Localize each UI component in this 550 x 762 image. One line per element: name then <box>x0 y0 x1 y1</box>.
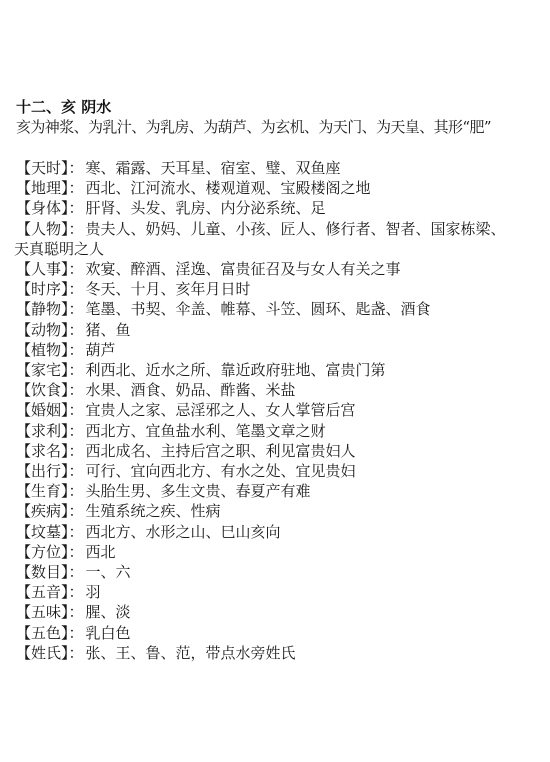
entry-value: 宜贵人之家、忌淫邪之人、女人掌管后宫 <box>86 401 356 419</box>
entry-value: 寒、霜露、天耳星、宿室、璧、双鱼座 <box>86 159 341 177</box>
entry-key: 【身体】 <box>16 199 69 217</box>
entry-key: 【五音】 <box>16 583 69 601</box>
entry-colon: ： <box>69 381 84 399</box>
entry-value: 张、王、鲁、范，带点水旁姓氏 <box>86 644 296 662</box>
entry-key: 【婚姻】 <box>16 401 69 419</box>
entry-colon: ： <box>69 220 84 238</box>
entry-key: 【疾病】 <box>16 502 69 520</box>
entry-key: 【饮食】 <box>16 381 69 399</box>
entry-key: 【静物】 <box>16 300 69 318</box>
section-intro: 亥为神浆、为乳汁、为乳房、为葫芦、为玄机、为天门、为天皇、其形“肥” <box>16 117 546 137</box>
entry-dili: 【地理】：西北、江河流水、楼观道观、宝殿楼阁之地 <box>16 178 546 198</box>
entry-wuwei: 【五味】：腥、淡 <box>16 602 546 622</box>
entry-value: 西北方、水形之山、巳山亥向 <box>86 523 281 541</box>
entry-shenti: 【身体】：肝肾、头发、乳房、内分泌系统、足 <box>16 198 546 218</box>
entry-colon: ： <box>69 462 84 480</box>
entry-value: 冬天、十月、亥年月日时 <box>86 280 251 298</box>
entry-colon: ： <box>69 624 84 642</box>
entry-colon: ： <box>69 603 84 621</box>
entry-value: 一、六 <box>86 563 131 581</box>
entry-key: 【植物】 <box>16 341 69 359</box>
entry-colon: ： <box>69 199 84 217</box>
entry-chuxing: 【出行】：可行、宜向西北方、有水之处、宜见贵妇 <box>16 461 546 481</box>
entry-fenmu: 【坟墓】：西北方、水形之山、巳山亥向 <box>16 522 546 542</box>
entry-colon: ： <box>69 523 84 541</box>
entry-key: 【姓氏】 <box>16 644 69 662</box>
entry-shumu: 【数目】：一、六 <box>16 562 546 582</box>
entry-colon: ： <box>69 341 84 359</box>
entry-key: 【人事】 <box>16 260 69 278</box>
entry-value: 乳白色 <box>86 624 131 642</box>
entry-colon: ： <box>69 179 84 197</box>
entry-key: 【地理】 <box>16 179 69 197</box>
entry-value: 头胎生男、多生文贵、春夏产有难 <box>86 482 311 500</box>
entry-colon: ： <box>69 644 84 662</box>
entry-key: 【生育】 <box>16 482 69 500</box>
entry-value: 西北 <box>86 543 116 561</box>
entry-value: 肝肾、头发、乳房、内分泌系统、足 <box>86 199 326 217</box>
entry-colon: ： <box>69 280 84 298</box>
entry-key: 【求利】 <box>16 422 69 440</box>
entry-jingwu: 【静物】：笔墨、书契、伞盖、帷幕、斗笠、圆环、匙盏、酒食 <box>16 299 546 319</box>
entry-value: 西北、江河流水、楼观道观、宝殿楼阁之地 <box>86 179 371 197</box>
entry-yinshi: 【饮食】：水果、酒食、奶品、酢酱、米盐 <box>16 380 546 400</box>
entry-key: 【五味】 <box>16 603 69 621</box>
entry-colon: ： <box>69 260 84 278</box>
entry-value: 腥、淡 <box>86 603 131 621</box>
entry-colon: ： <box>69 502 84 520</box>
entry-colon: ： <box>69 543 84 561</box>
entry-key: 【求名】 <box>16 442 69 460</box>
entry-key: 【天时】 <box>16 159 69 177</box>
entry-colon: ： <box>69 482 84 500</box>
entry-jiazhai: 【家宅】：利西北、近水之所、靠近政府驻地、富贵门第 <box>16 360 546 380</box>
entry-value: 葫芦 <box>86 341 116 359</box>
entry-renwu: 【人物】：贵夫人、奶妈、儿童、小孩、匠人、修行者、智者、国家栋梁、 <box>16 219 546 239</box>
entry-value: 西北成名、主持后宫之职、利见富贵妇人 <box>86 442 356 460</box>
entry-shixu: 【时序】：冬天、十月、亥年月日时 <box>16 279 546 299</box>
entry-key: 【动物】 <box>16 321 69 339</box>
entry-key: 【方位】 <box>16 543 69 561</box>
entry-tianshi: 【天时】：寒、霜露、天耳星、宿室、璧、双鱼座 <box>16 158 546 178</box>
entry-value: 西北方、宜鱼盐水利、笔墨文章之财 <box>86 422 326 440</box>
entry-value: 水果、酒食、奶品、酢酱、米盐 <box>86 381 296 399</box>
entry-value: 猪、鱼 <box>86 321 131 339</box>
entry-colon: ： <box>69 361 84 379</box>
entry-renshi: 【人事】：欢宴、醉酒、淫逸、富贵征召及与女人有关之事 <box>16 259 546 279</box>
entry-value: 可行、宜向西北方、有水之处、宜见贵妇 <box>86 462 356 480</box>
entry-dongwu: 【动物】：猪、鱼 <box>16 320 546 340</box>
entry-key: 【坟墓】 <box>16 523 69 541</box>
entry-wuse: 【五色】：乳白色 <box>16 623 546 643</box>
entry-colon: ： <box>69 563 84 581</box>
entry-value: 贵夫人、奶妈、儿童、小孩、匠人、修行者、智者、国家栋梁、 <box>86 220 506 238</box>
entry-value: 笔墨、书契、伞盖、帷幕、斗笠、圆环、匙盏、酒食 <box>86 300 431 318</box>
entry-key: 【出行】 <box>16 462 69 480</box>
entry-colon: ： <box>69 401 84 419</box>
entry-value: 羽 <box>86 583 101 601</box>
entry-shengyu: 【生育】：头胎生男、多生文贵、春夏产有难 <box>16 481 546 501</box>
entry-zhiwu: 【植物】：葫芦 <box>16 340 546 360</box>
entry-colon: ： <box>69 583 84 601</box>
entry-xingshi: 【姓氏】：张、王、鲁、范，带点水旁姓氏 <box>16 643 546 663</box>
entry-hunyin: 【婚姻】：宜贵人之家、忌淫邪之人、女人掌管后宫 <box>16 400 546 420</box>
entry-fangwei: 【方位】：西北 <box>16 542 546 562</box>
entry-wuyin: 【五音】：羽 <box>16 582 546 602</box>
entry-qiuli: 【求利】：西北方、宜鱼盐水利、笔墨文章之财 <box>16 421 546 441</box>
entry-key: 【五色】 <box>16 624 69 642</box>
entry-value: 利西北、近水之所、靠近政府驻地、富贵门第 <box>86 361 386 379</box>
entry-colon: ： <box>69 300 84 318</box>
entry-key: 【数目】 <box>16 563 69 581</box>
entry-value: 生殖系统之疾、性病 <box>86 502 221 520</box>
spacer <box>16 137 546 158</box>
section-title: 十二、亥 阴水 <box>16 97 546 117</box>
entry-qiuming: 【求名】：西北成名、主持后宫之职、利见富贵妇人 <box>16 441 546 461</box>
entry-colon: ： <box>69 442 84 460</box>
entry-colon: ： <box>69 422 84 440</box>
entry-jibing: 【疾病】：生殖系统之疾、性病 <box>16 501 546 521</box>
entry-colon: ： <box>69 321 84 339</box>
entry-colon: ： <box>69 159 84 177</box>
entry-key: 【时序】 <box>16 280 69 298</box>
entry-key: 【人物】 <box>16 220 69 238</box>
entry-key: 【家宅】 <box>16 361 69 379</box>
attribute-list: 【天时】：寒、霜露、天耳星、宿室、璧、双鱼座 【地理】：西北、江河流水、楼观道观… <box>16 158 546 663</box>
entry-renwu-continuation: 天真聪明之人 <box>14 239 546 259</box>
entry-value: 欢宴、醉酒、淫逸、富贵征召及与女人有关之事 <box>86 260 401 278</box>
document-page: 十二、亥 阴水 亥为神浆、为乳汁、为乳房、为葫芦、为玄机、为天门、为天皇、其形“… <box>16 97 546 663</box>
